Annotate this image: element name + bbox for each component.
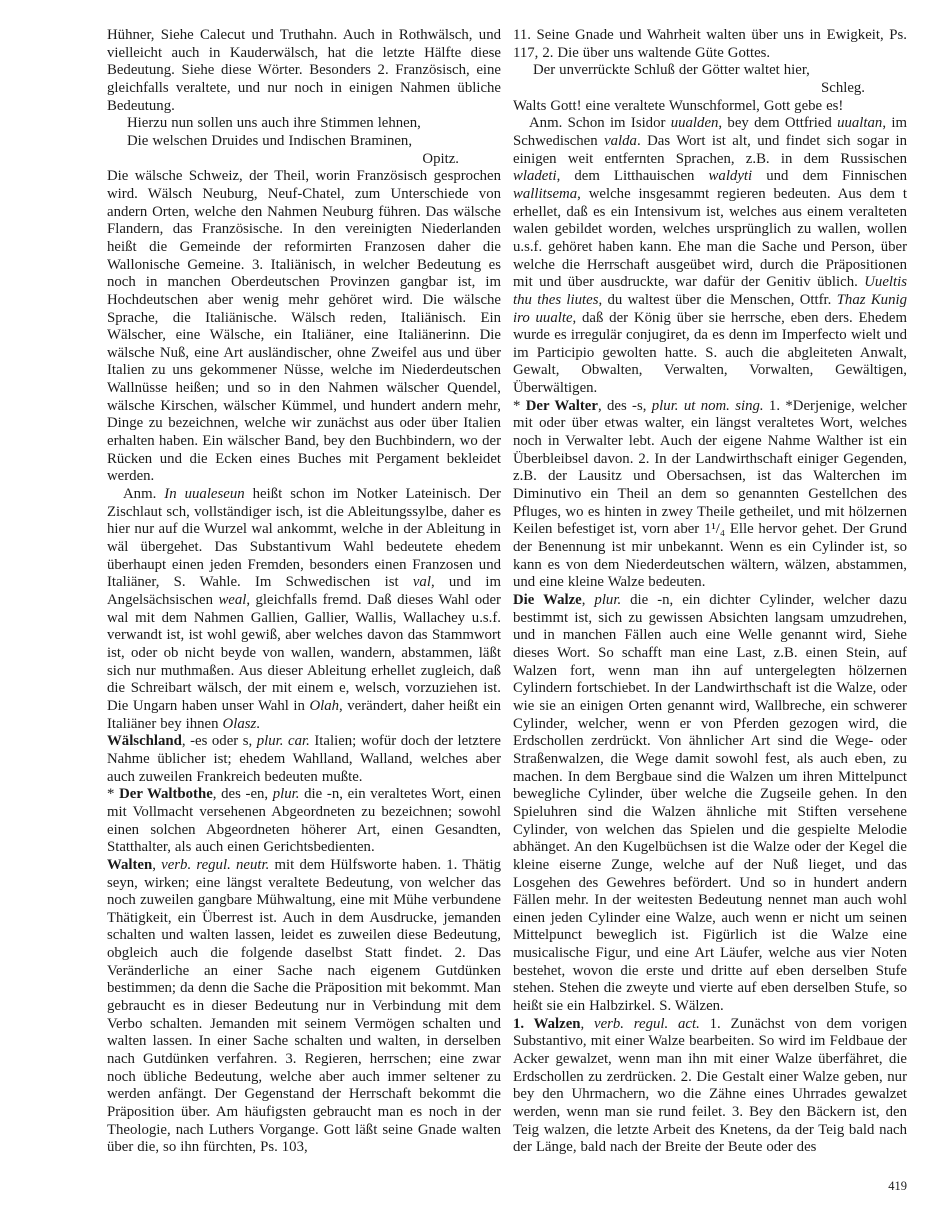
text-run: Die wälsche Schweiz, der Theil, worin Fr… bbox=[107, 168, 501, 484]
italic-run: uualden bbox=[671, 115, 719, 131]
text-run: Walts Gott! eine veraltete Wunschformel,… bbox=[513, 98, 843, 114]
italic-run: wladeti bbox=[513, 168, 557, 184]
dictionary-entry: * Der Walter, des -s, plur. ut nom. sing… bbox=[513, 398, 907, 592]
text-run: mit dem Hülfsworte haben. 1. Thätig seyn… bbox=[107, 857, 501, 1156]
headword: Wälschland bbox=[107, 733, 182, 749]
italic-run: Olah bbox=[309, 698, 339, 714]
text-run: Schleg. bbox=[821, 80, 865, 96]
italic-run: uualtan bbox=[837, 115, 882, 131]
text-run: , bbox=[581, 1016, 595, 1032]
dictionary-entry: * Der Waltbothe, des -en, plur. die -n, … bbox=[107, 786, 501, 857]
headword: Die Walze bbox=[513, 592, 582, 608]
paragraph: Anm. Schon im Isidor uualden, bey dem Ot… bbox=[513, 115, 907, 398]
text-run: 1. *Derjenige, welcher mit oder über etw… bbox=[513, 398, 907, 591]
text-run: , du waltest über die Menschen, Ottfr. bbox=[598, 292, 836, 308]
paragraph: 11. Seine Gnade und Wahrheit walten über… bbox=[513, 27, 907, 62]
verse-line: Der unverrückte Schluß der Götter waltet… bbox=[513, 62, 907, 80]
text-run: , bbox=[152, 857, 161, 873]
text-run: Anm. bbox=[123, 486, 164, 502]
dictionary-page: Hühner, Siehe Calecut und Truthahn. Auch… bbox=[0, 0, 935, 1210]
italic-run: waldyti bbox=[709, 168, 753, 184]
italic-run: plur. ut nom. sing. bbox=[652, 398, 764, 414]
verse-line: Hierzu nun sollen uns auch ihre Stimmen … bbox=[107, 115, 501, 133]
dictionary-entry: 1. Walzen, verb. regul. act. 1. Zunächst… bbox=[513, 1016, 907, 1157]
text-run: Opitz. bbox=[422, 151, 459, 167]
italic-run: plur. bbox=[273, 786, 300, 802]
italic-run: verb. regul. neutr. bbox=[161, 857, 269, 873]
text-run: 1. Zunächst von dem vorigen Substantivo,… bbox=[513, 1016, 907, 1156]
text-run: die -n, ein dichter Cylinder, welcher da… bbox=[513, 592, 907, 1014]
headword: Der Walter bbox=[526, 398, 598, 414]
headword: Walten bbox=[107, 857, 152, 873]
italic-run: verb. regul. act. bbox=[594, 1016, 700, 1032]
page-number: 419 bbox=[888, 1179, 907, 1194]
headword: 1. Walzen bbox=[513, 1016, 581, 1032]
attribution: Schleg. bbox=[513, 80, 907, 98]
verse-line: Die welschen Druides und Indischen Brami… bbox=[107, 133, 501, 151]
italic-run: plur. car. bbox=[257, 733, 310, 749]
left-text-column: Hühner, Siehe Calecut und Truthahn. Auch… bbox=[107, 27, 501, 1157]
text-run: , -es oder s, bbox=[182, 733, 257, 749]
italic-run: plur. bbox=[594, 592, 621, 608]
text-run: * bbox=[513, 398, 526, 414]
italic-run: Olasz bbox=[223, 716, 257, 732]
text-run: 11. Seine Gnade und Wahrheit walten über… bbox=[513, 27, 907, 61]
italic-run: valda bbox=[604, 133, 637, 149]
text-run: , bey dem Ottfried bbox=[718, 115, 837, 131]
paragraph: Anm. In uualeseun heißt schon im Notker … bbox=[107, 486, 501, 733]
attribution: Opitz. bbox=[107, 151, 501, 169]
italic-run: wallitsema bbox=[513, 186, 577, 202]
paragraph: Walts Gott! eine veraltete Wunschformel,… bbox=[513, 98, 907, 116]
text-run: Hühner, Siehe Calecut und Truthahn. Auch… bbox=[107, 27, 501, 114]
text-run: , dem Litthauischen bbox=[557, 168, 709, 184]
italic-run: val bbox=[413, 574, 431, 590]
dictionary-entry: Die Walze, plur. die -n, ein dichter Cyl… bbox=[513, 592, 907, 1016]
text-run: Der unverrückte Schluß der Götter waltet… bbox=[533, 62, 810, 78]
italic-run: weal bbox=[218, 592, 246, 608]
text-run: , des -en, bbox=[213, 786, 273, 802]
dictionary-entry: Walten, verb. regul. neutr. mit dem Hülf… bbox=[107, 857, 501, 1157]
text-run: * bbox=[107, 786, 119, 802]
text-run: , gleichfalls fremd. Daß dieses Wahl ode… bbox=[107, 592, 501, 714]
text-run: . bbox=[256, 716, 260, 732]
text-run: und dem Finnischen bbox=[752, 168, 907, 184]
dictionary-entry: Wälschland, -es oder s, plur. car. Itali… bbox=[107, 733, 501, 786]
text-run: , daß der König über sie herrsche, eben … bbox=[513, 310, 907, 397]
paragraph: Hühner, Siehe Calecut und Truthahn. Auch… bbox=[107, 27, 501, 115]
paragraph: Die wälsche Schweiz, der Theil, worin Fr… bbox=[107, 168, 501, 486]
text-run: Hierzu nun sollen uns auch ihre Stimmen … bbox=[127, 115, 421, 131]
text-run: Anm. Schon im Isidor bbox=[529, 115, 671, 131]
headword: Der Waltbothe bbox=[119, 786, 213, 802]
right-text-column: 11. Seine Gnade und Wahrheit walten über… bbox=[513, 27, 907, 1157]
text-run: , des -s, bbox=[598, 398, 652, 414]
italic-run: In uualeseun bbox=[164, 486, 244, 502]
text-run: Die welschen Druides und Indischen Brami… bbox=[127, 133, 412, 149]
text-run: , bbox=[582, 592, 595, 608]
